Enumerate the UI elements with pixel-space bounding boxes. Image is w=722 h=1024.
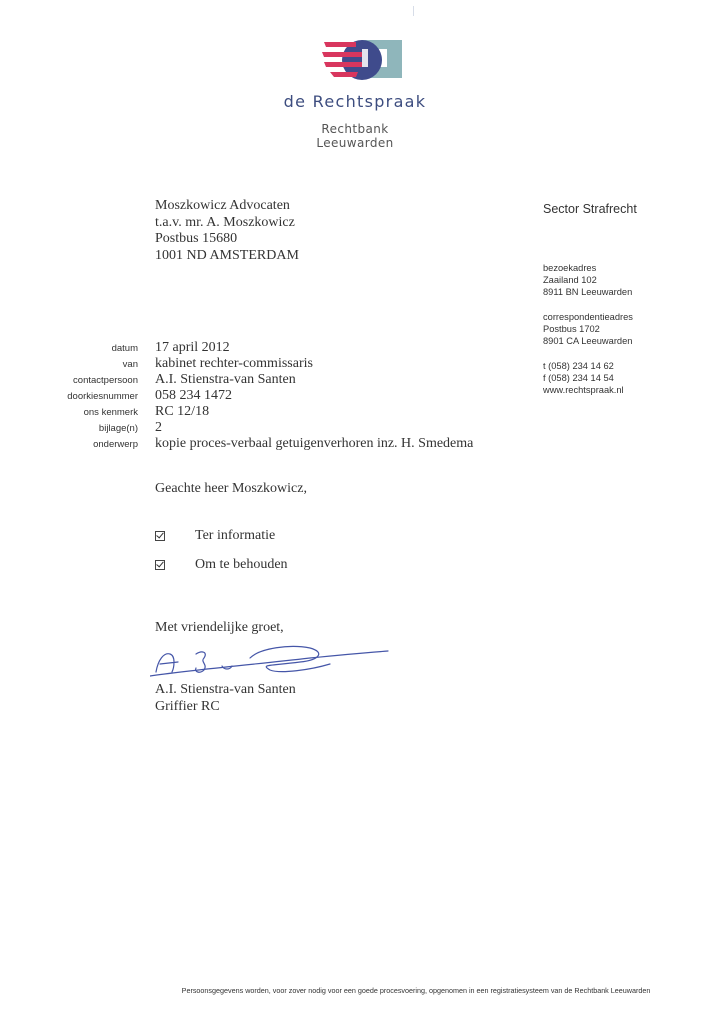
visit-address-city: 8911 BN Leeuwarden <box>543 286 632 298</box>
meta-value: 058 234 1472 <box>155 388 232 404</box>
check-item-label: Om te behouden <box>195 557 288 573</box>
brand-name: de Rechtspraak <box>255 92 455 111</box>
contact-info: t (058) 234 14 62 f (058) 234 14 54 www.… <box>543 360 624 396</box>
meta-row: bijlage(n)2 <box>60 420 473 436</box>
signer-name: A.I. Stienstra-van Santen <box>155 681 296 698</box>
court-line-2: Leeuwarden <box>255 136 455 150</box>
recipient-line: t.a.v. mr. A. Moszkowicz <box>155 215 299 232</box>
privacy-footer: Persoonsgegevens worden, voor zover nodi… <box>0 986 722 995</box>
signer-title: Griffier RC <box>155 698 296 715</box>
correspondence-label: correspondentieadres <box>543 311 633 323</box>
meta-row: vankabinet rechter-commissaris <box>60 356 473 372</box>
signer-block: A.I. Stienstra-van Santen Griffier RC <box>155 681 296 715</box>
meta-row: contactpersoonA.I. Stienstra-van Santen <box>60 372 473 388</box>
meta-label: bijlage(n) <box>60 423 155 434</box>
handwritten-signature <box>150 640 390 682</box>
scan-artifact <box>413 6 414 16</box>
meta-value: kopie proces-verbaal getuigenverhoren in… <box>155 436 473 452</box>
checkbox-checked-icon <box>155 531 165 541</box>
closing-phrase: Met vriendelijke groet, <box>155 620 284 636</box>
check-item: Om te behouden <box>155 557 288 573</box>
meta-value: A.I. Stienstra-van Santen <box>155 372 296 388</box>
fax-number: f (058) 234 14 54 <box>543 372 624 384</box>
court-name: Rechtbank Leeuwarden <box>255 122 455 150</box>
meta-label: onderwerp <box>60 439 155 450</box>
visit-address: bezoekadres Zaailand 102 8911 BN Leeuwar… <box>543 262 632 298</box>
meta-value: 17 april 2012 <box>155 340 230 356</box>
salutation: Geachte heer Moszkowicz, <box>155 481 307 497</box>
meta-row: onderwerpkopie proces-verbaal getuigenve… <box>60 436 473 452</box>
phone-number: t (058) 234 14 62 <box>543 360 624 372</box>
recipient-line: Moszkowicz Advocaten <box>155 198 299 215</box>
meta-label: doorkiesnummer <box>60 391 155 402</box>
visit-address-label: bezoekadres <box>543 262 632 274</box>
meta-value: 2 <box>155 420 162 436</box>
checkbox-checked-icon <box>155 560 165 570</box>
check-item: Ter informatie <box>155 528 275 544</box>
letter-meta-table: datum17 april 2012vankabinet rechter-com… <box>60 340 473 452</box>
meta-value: RC 12/18 <box>155 404 209 420</box>
recipient-line: 1001 ND AMSTERDAM <box>155 248 299 265</box>
meta-label: contactpersoon <box>60 375 155 386</box>
court-line-1: Rechtbank <box>255 122 455 136</box>
website-link[interactable]: www.rechtspraak.nl <box>543 384 624 396</box>
meta-label: ons kenmerk <box>60 407 155 418</box>
correspondence-city: 8901 CA Leeuwarden <box>543 335 633 347</box>
recipient-address: Moszkowicz Advocaten t.a.v. mr. A. Moszk… <box>155 198 299 264</box>
correspondence-street: Postbus 1702 <box>543 323 633 335</box>
meta-row: datum17 april 2012 <box>60 340 473 356</box>
meta-label: van <box>60 359 155 370</box>
meta-row: ons kenmerkRC 12/18 <box>60 404 473 420</box>
visit-address-street: Zaailand 102 <box>543 274 632 286</box>
rechtspraak-logo-icon <box>322 38 402 82</box>
meta-label: datum <box>60 343 155 354</box>
meta-row: doorkiesnummer058 234 1472 <box>60 388 473 404</box>
meta-value: kabinet rechter-commissaris <box>155 356 313 372</box>
recipient-line: Postbus 15680 <box>155 231 299 248</box>
sector-label: Sector Strafrecht <box>543 202 637 216</box>
check-item-label: Ter informatie <box>195 528 275 544</box>
correspondence-address: correspondentieadres Postbus 1702 8901 C… <box>543 311 633 347</box>
